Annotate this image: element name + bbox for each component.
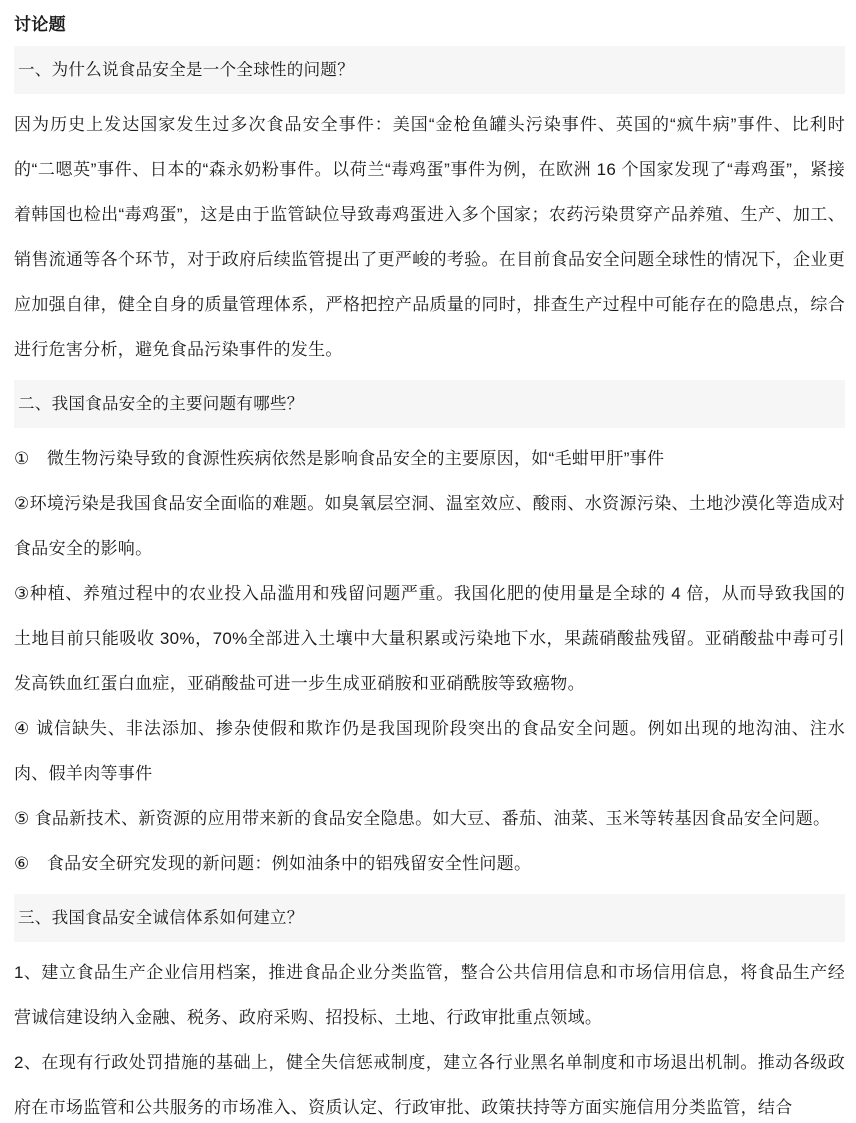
list-item-2: ②环境污染是我国食品安全面临的难题。如臭氧层空洞、温室效应、酸雨、水资源污染、土… xyxy=(14,481,845,571)
section-global-issue: 一、为什么说食品安全是一个全球性的问题？ 因为历史上发达国家发生过多次食品安全事… xyxy=(14,46,845,372)
section-credit-system: 三、我国食品安全诚信体系如何建立？ 1、建立食品生产企业信用档案，推进食品企业分… xyxy=(14,894,845,1123)
numbered-item-2: 2、在现有行政处罚措施的基础上，健全失信惩戒制度，建立各行业黑名单制度和市场退出… xyxy=(14,1040,845,1123)
section-heading-3: 三、我国食品安全诚信体系如何建立？ xyxy=(14,894,845,942)
document-title: 讨论题 xyxy=(14,14,845,36)
section-main-problems: 二、我国食品安全的主要问题有哪些？ ① 微生物污染导致的食源性疾病依然是影响食品… xyxy=(14,380,845,886)
list-item-6: ⑥ 食品安全研究发现的新问题：例如油条中的铝残留安全性问题。 xyxy=(14,841,845,886)
numbered-item-1: 1、建立食品生产企业信用档案，推进食品企业分类监管，整合公共信用信息和市场信用信… xyxy=(14,950,845,1040)
list-item-5: ⑤ 食品新技术、新资源的应用带来新的食品安全隐患。如大豆、番茄、油菜、玉米等转基… xyxy=(14,796,845,841)
list-item-4: ④ 诚信缺失、非法添加、掺杂使假和欺诈仍是我国现阶段突出的食品安全问题。例如出现… xyxy=(14,706,845,796)
section-heading-1: 一、为什么说食品安全是一个全球性的问题？ xyxy=(14,46,845,94)
document-page: 讨论题 一、为什么说食品安全是一个全球性的问题？ 因为历史上发达国家发生过多次食… xyxy=(0,0,856,1123)
section-heading-2: 二、我国食品安全的主要问题有哪些？ xyxy=(14,380,845,428)
list-item-1: ① 微生物污染导致的食源性疾病依然是影响食品安全的主要原因，如“毛蚶甲肝”事件 xyxy=(14,436,845,481)
list-item-3: ③种植、养殖过程中的农业投入品滥用和残留问题严重。我国化肥的使用量是全球的 4 … xyxy=(14,571,845,706)
paragraph: 因为历史上发达国家发生过多次食品安全事件：美国“金枪鱼罐头污染事件、英国的“疯牛… xyxy=(14,102,845,372)
